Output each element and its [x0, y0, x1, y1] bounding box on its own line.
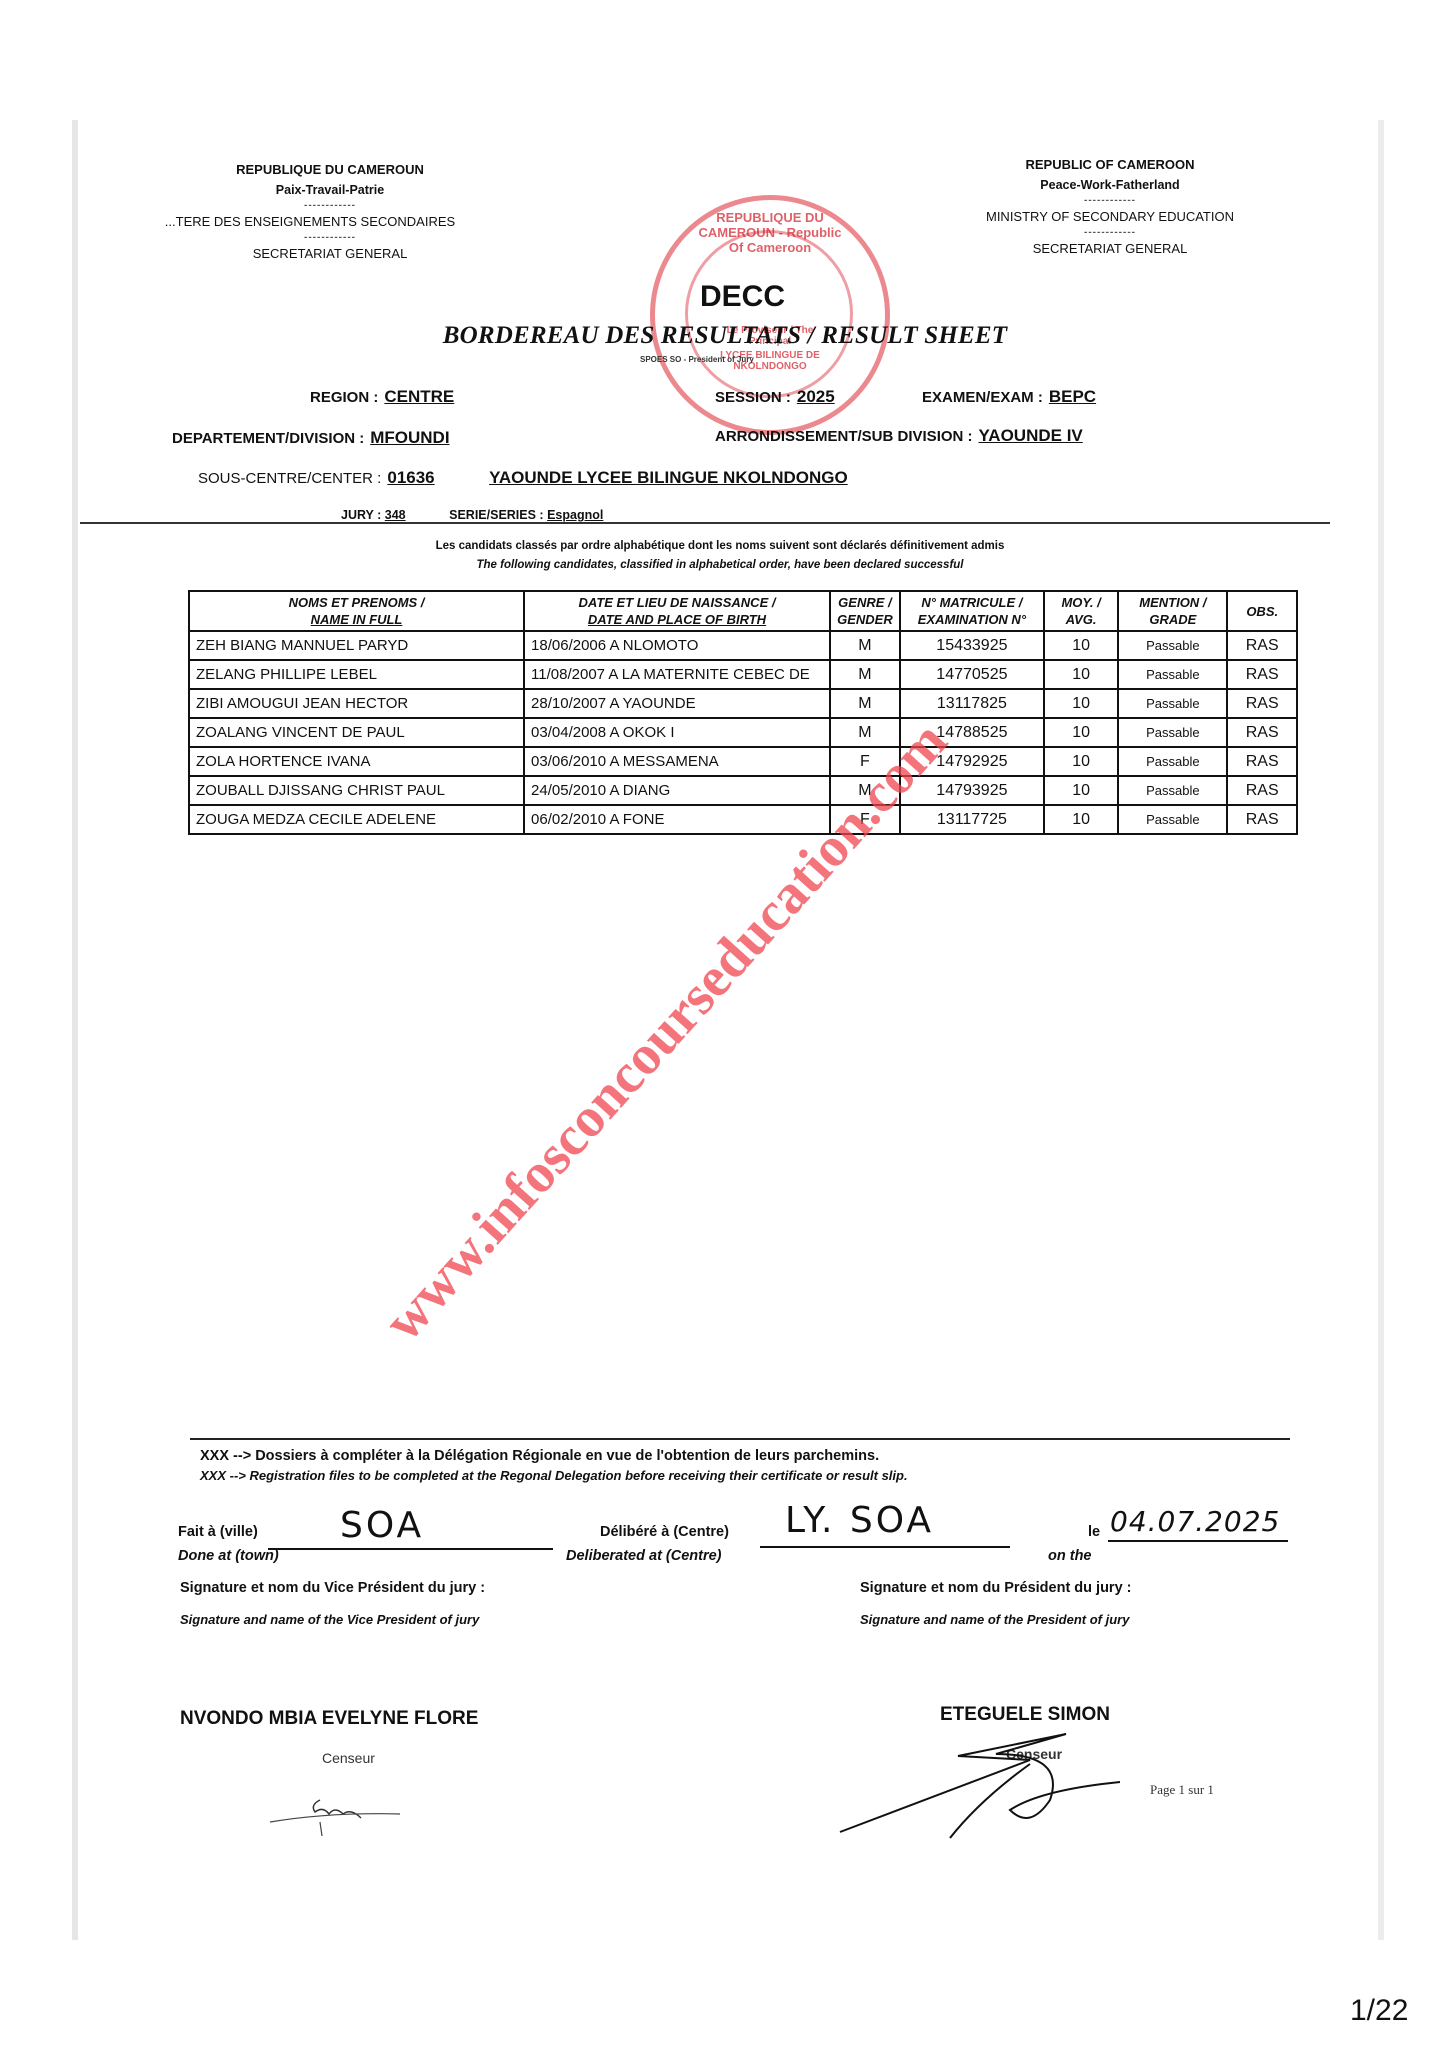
cell-gender: M: [830, 689, 900, 718]
table-row: ZEH BIANG MANNUEL PARYD 18/06/2006 A NLO…: [189, 631, 1297, 660]
cell-birth: 28/10/2007 A YAOUNDE: [524, 689, 830, 718]
country-fr: REPUBLIQUE DU CAMEROUN: [160, 160, 500, 180]
cell-obs: RAS: [1227, 689, 1297, 718]
division-label: DEPARTEMENT/DIVISION :: [172, 430, 364, 447]
deliberated-label-fr: Délibéré à (Centre): [600, 1524, 729, 1540]
session-value: 2025: [797, 387, 835, 406]
jury-field: JURY : 348 SERIE/SERIES : Espagnol: [335, 508, 609, 522]
subdivision-value: YAOUNDE IV: [979, 426, 1083, 445]
region-value: CENTRE: [384, 387, 454, 406]
separator: ------------: [960, 227, 1260, 239]
secretariat-en: SECRETARIAT GENERAL: [960, 239, 1260, 259]
header-right: REPUBLIC OF CAMEROON Peace-Work-Fatherla…: [960, 155, 1260, 259]
cell-obs: RAS: [1227, 747, 1297, 776]
cell-birth: 06/02/2010 A FONE: [524, 805, 830, 834]
cell-name: ZOUBALL DJISSANG CHRIST PAUL: [189, 776, 524, 805]
notes-rule: [190, 1438, 1290, 1440]
cell-grade: Passable: [1118, 776, 1227, 805]
cell-birth: 03/04/2008 A OKOK I: [524, 718, 830, 747]
col-avg: MOY. /AVG.: [1044, 591, 1118, 631]
jury-rule: [80, 512, 1330, 524]
stamp-inner-ring: [685, 230, 853, 398]
cell-obs: RAS: [1227, 718, 1297, 747]
cell-name: ZIBI AMOUGUI JEAN HECTOR: [189, 689, 524, 718]
cell-grade: Passable: [1118, 660, 1227, 689]
cell-grade: Passable: [1118, 805, 1227, 834]
intro-en: The following candidates, classified in …: [300, 556, 1140, 575]
cell-avg: 10: [1044, 689, 1118, 718]
session-label: SESSION :: [715, 389, 791, 406]
exam-field: EXAMEN/EXAM :BEPC: [922, 387, 1096, 407]
subdivision-label: ARRONDISSEMENT/SUB DIVISION :: [715, 428, 973, 445]
done-at-label-en: Done at (town): [178, 1548, 279, 1564]
division-value: MFOUNDI: [370, 428, 449, 447]
cell-gender: M: [830, 660, 900, 689]
jury-label: JURY :: [341, 508, 381, 522]
decc-overprint: DECC: [700, 280, 785, 314]
cell-birth: 18/06/2006 A NLOMOTO: [524, 631, 830, 660]
col-gender: GENRE /GENDER: [830, 591, 900, 631]
secretariat-fr: SECRETARIAT GENERAL: [160, 244, 500, 264]
header-left: REPUBLIQUE DU CAMEROUN Paix-Travail-Patr…: [160, 160, 500, 264]
cell-obs: RAS: [1227, 660, 1297, 689]
table-row: ZOUGA MEDZA CECILE ADELENE 06/02/2010 A …: [189, 805, 1297, 834]
table-row: ZELANG PHILLIPE LEBEL 11/08/2007 A LA MA…: [189, 660, 1297, 689]
date-line: [1108, 1540, 1288, 1542]
deliberated-line: [760, 1546, 1010, 1548]
page-info: Page 1 sur 1: [1150, 1782, 1214, 1798]
table-header-row: NOMS ET PRENOMS /NAME IN FULL DATE ET LI…: [189, 591, 1297, 631]
series-value: Espagnol: [547, 508, 603, 522]
cell-grade: Passable: [1118, 718, 1227, 747]
note-en: XXX --> Registration files to be complet…: [200, 1466, 908, 1486]
cell-birth: 03/06/2010 A MESSAMENA: [524, 747, 830, 776]
series-label: SERIE/SERIES :: [449, 508, 543, 522]
exam-value: BEPC: [1049, 387, 1096, 406]
ministry-en: MINISTRY OF SECONDARY EDUCATION: [930, 207, 1290, 227]
vice-president-role: Censeur: [322, 1750, 375, 1766]
cell-birth: 24/05/2010 A DIANG: [524, 776, 830, 805]
cell-gender: M: [830, 631, 900, 660]
center-field: SOUS-CENTRE/CENTER :01636 YAOUNDE LYCEE …: [198, 468, 848, 488]
table-row: ZOUBALL DJISSANG CHRIST PAUL 24/05/2010 …: [189, 776, 1297, 805]
cell-birth: 11/08/2007 A LA MATERNITE CEBEC DE: [524, 660, 830, 689]
cell-avg: 10: [1044, 747, 1118, 776]
exam-label: EXAMEN/EXAM :: [922, 389, 1043, 406]
motto-fr: Paix-Travail-Patrie: [160, 180, 500, 200]
cell-name: ZEH BIANG MANNUEL PARYD: [189, 631, 524, 660]
done-at-label-fr: Fait à (ville): [178, 1524, 258, 1540]
cell-avg: 10: [1044, 805, 1118, 834]
cell-name: ZOUGA MEDZA CECILE ADELENE: [189, 805, 524, 834]
intro-fr: Les candidats classés par ordre alphabét…: [300, 537, 1140, 556]
center-code: 01636: [387, 468, 434, 487]
president-signature-label-en: Signature and name of the President of j…: [860, 1612, 1129, 1627]
title-subscript: SPOES SO - President of Jury: [640, 355, 754, 364]
center-label: SOUS-CENTRE/CENTER :: [198, 470, 381, 487]
date-label-fr: le: [1088, 1524, 1100, 1540]
notes: XXX --> Dossiers à compléter à la Déléga…: [200, 1446, 908, 1486]
col-grade: MENTION /GRADE: [1118, 591, 1227, 631]
note-fr: XXX --> Dossiers à compléter à la Déléga…: [200, 1446, 908, 1466]
separator: ------------: [160, 200, 500, 212]
col-name: NOMS ET PRENOMS /NAME IN FULL: [189, 591, 524, 631]
cell-matricule: 13117725: [900, 805, 1044, 834]
cell-matricule: 13117825: [900, 689, 1044, 718]
vice-president-name: NVONDO MBIA EVELYNE FLORE: [180, 1708, 478, 1730]
cell-avg: 10: [1044, 776, 1118, 805]
subdivision-field: ARRONDISSEMENT/SUB DIVISION :YAOUNDE IV: [715, 426, 1083, 446]
ministry-fr: ...TERE DES ENSEIGNEMENTS SECONDAIRES: [120, 212, 500, 232]
country-en: REPUBLIC OF CAMEROON: [960, 155, 1260, 175]
date-label-en: on the: [1048, 1548, 1092, 1564]
cell-avg: 10: [1044, 660, 1118, 689]
cell-obs: RAS: [1227, 631, 1297, 660]
cell-name: ZELANG PHILLIPE LEBEL: [189, 660, 524, 689]
intro-text: Les candidats classés par ordre alphabét…: [300, 537, 1140, 575]
table-row: ZOALANG VINCENT DE PAUL 03/04/2008 A OKO…: [189, 718, 1297, 747]
cell-grade: Passable: [1118, 747, 1227, 776]
stamp-outer-text: REPUBLIQUE DU CAMEROUN - Republic Of Cam…: [695, 210, 845, 255]
session-field: SESSION :2025: [715, 387, 835, 407]
region-field: REGION :CENTRE: [310, 387, 454, 407]
done-at-value: SOA: [340, 1505, 424, 1546]
cell-obs: RAS: [1227, 776, 1297, 805]
division-field: DEPARTEMENT/DIVISION :MFOUNDI: [172, 428, 450, 448]
page-counter: 1/22: [1350, 1994, 1408, 2028]
vice-president-signature-icon: [260, 1780, 410, 1840]
vp-signature-label-fr: Signature et nom du Vice Président du ju…: [180, 1580, 485, 1596]
separator: ------------: [160, 232, 500, 244]
cell-name: ZOLA HORTENCE IVANA: [189, 747, 524, 776]
cell-grade: Passable: [1118, 631, 1227, 660]
center-name: YAOUNDE LYCEE BILINGUE NKOLNDONGO: [489, 468, 848, 487]
separator: ------------: [960, 195, 1260, 207]
col-obs: OBS.: [1227, 591, 1297, 631]
president-signature-label-fr: Signature et nom du Président du jury :: [860, 1580, 1132, 1596]
document-title: BORDEREAU DES RESULTATS / RESULT SHEET: [405, 322, 1045, 350]
region-label: REGION :: [310, 389, 378, 406]
motto-en: Peace-Work-Fatherland: [960, 175, 1260, 195]
done-at-line: [268, 1548, 553, 1550]
deliberated-label-en: Deliberated at (Centre): [566, 1548, 722, 1564]
table-row: ZIBI AMOUGUI JEAN HECTOR 28/10/2007 A YA…: [189, 689, 1297, 718]
cell-avg: 10: [1044, 631, 1118, 660]
vp-signature-label-en: Signature and name of the Vice President…: [180, 1612, 479, 1627]
cell-matricule: 14770525: [900, 660, 1044, 689]
col-birth: DATE ET LIEU DE NAISSANCE /DATE AND PLAC…: [524, 591, 830, 631]
cell-name: ZOALANG VINCENT DE PAUL: [189, 718, 524, 747]
cell-grade: Passable: [1118, 689, 1227, 718]
cell-matricule: 15433925: [900, 631, 1044, 660]
col-matricule: N° MATRICULE /EXAMINATION N°: [900, 591, 1044, 631]
cell-obs: RAS: [1227, 805, 1297, 834]
table-row: ZOLA HORTENCE IVANA 03/06/2010 A MESSAME…: [189, 747, 1297, 776]
results-table: NOMS ET PRENOMS /NAME IN FULL DATE ET LI…: [188, 590, 1298, 835]
cell-avg: 10: [1044, 718, 1118, 747]
date-value: 04.07.2025: [1110, 1505, 1280, 1538]
jury-value: 348: [385, 508, 406, 522]
president-signature-icon: [830, 1720, 1150, 1840]
deliberated-value: LY. SOA: [785, 1500, 934, 1541]
